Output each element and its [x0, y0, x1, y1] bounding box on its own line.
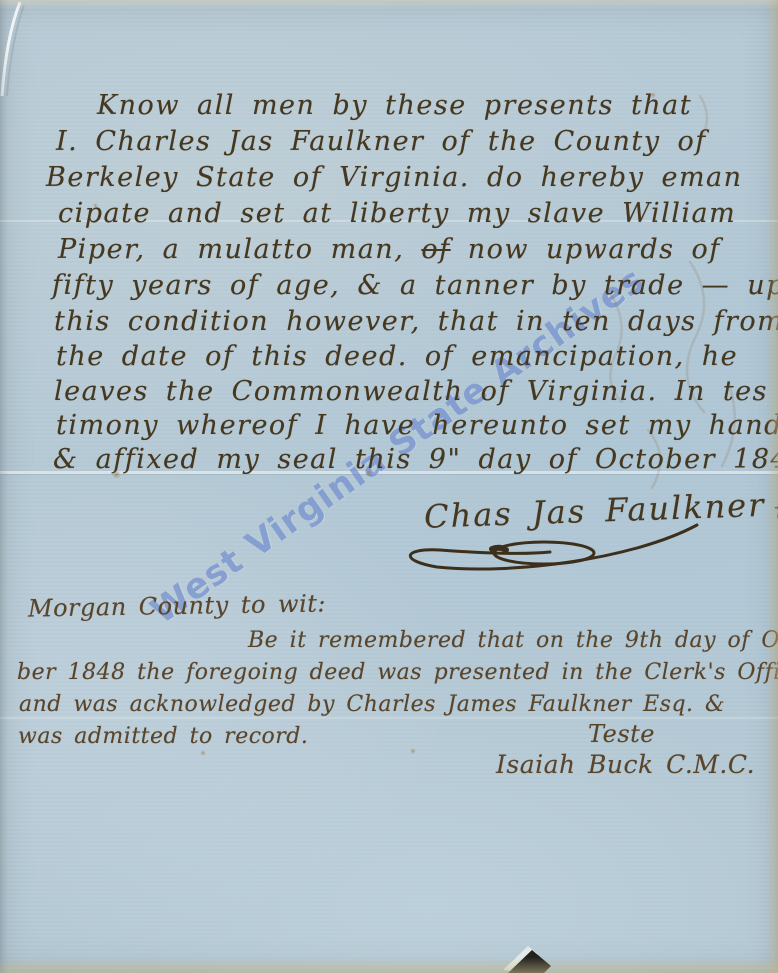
deed-line: & affixed my seal this 9" day of October…	[53, 444, 778, 475]
foxing-spot	[410, 748, 416, 754]
deed-line: this condition however, that in ten days…	[54, 306, 778, 337]
deed-line: leaves the Commonwealth of Virginia. In …	[54, 376, 768, 407]
paper-edge-left	[0, 0, 8, 973]
deed-line-text: Piper, a mulatto man,	[58, 234, 421, 265]
fold-crease-lower	[0, 717, 778, 719]
deed-line: fifty years of age, & a tanner by trade …	[52, 270, 778, 301]
foxing-spot	[200, 750, 206, 756]
deed-line: I. Charles Jas Faulkner of the County of	[56, 126, 707, 157]
page-curl	[0, 0, 30, 100]
paper-edge-bottom	[0, 957, 778, 973]
attestation-line: and was acknowledged by Charles James Fa…	[19, 692, 725, 717]
seal-notation: {Seal}	[771, 489, 778, 522]
struck-out-word: of	[421, 234, 450, 265]
paper-edge-top	[0, 0, 778, 9]
clerk-signature: Isaiah Buck C.M.C.	[496, 750, 755, 779]
deed-line: Know all men by these presents that	[97, 90, 692, 121]
attestation-line: Be it remembered that on the 9th day of …	[248, 628, 778, 653]
faulkner-signature: Chas Jas Faulkner{Seal}	[423, 482, 778, 535]
deed-line-text: now upwards of	[451, 234, 721, 265]
deed-line: the date of this deed. of emancipation, …	[56, 341, 738, 372]
county-heading: Morgan County to wit:	[28, 589, 326, 622]
deed-line: Berkeley State of Virginia. do hereby em…	[46, 162, 743, 193]
deed-line: cipate and set at liberty my slave Willi…	[58, 198, 736, 229]
attestation-line: ber 1848 the foregoing deed was presente…	[17, 660, 778, 685]
deed-line: timony whereof I have hereunto set my ha…	[56, 410, 778, 441]
deed-line: Piper, a mulatto man, of now upwards of	[58, 234, 721, 265]
attestation-line: was admitted to record.	[18, 724, 308, 749]
teste-label: Teste	[588, 720, 655, 748]
deed-document-scan: West Virginia State Archives Know all me…	[0, 0, 778, 973]
signature-name: Chas Jas Faulkner	[423, 486, 766, 536]
